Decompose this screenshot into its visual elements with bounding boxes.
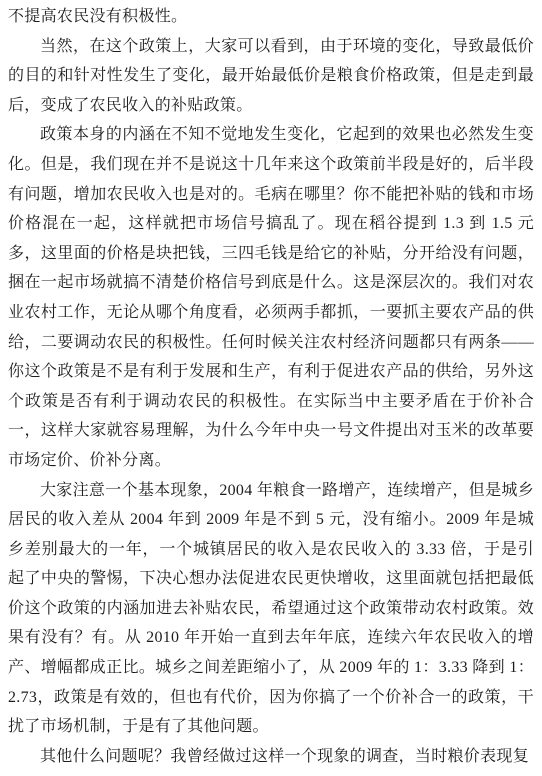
- paragraph-continuation: 不提高农民没有积极性。: [8, 2, 534, 32]
- paragraph-partial-last: 其他什么问题呢？我曾经做过这样一个现象的调查，当时粮价表现复: [8, 742, 534, 772]
- page-text-content: 不提高农民没有积极性。 当然，在这个政策上，大家可以看到，由于环境的变化，导致最…: [8, 2, 534, 771]
- paragraph: 政策本身的内涵在不知不觉地发生变化，它起到的效果也必然发生变化。但是，我们现在并…: [8, 120, 534, 475]
- paragraph: 大家注意一个基本现象，2004 年粮食一路增产，连续增产，但是城乡居民的收入差从…: [8, 476, 534, 742]
- document-page: 不提高农民没有积极性。 当然，在这个政策上，大家可以看到，由于环境的变化，导致最…: [0, 0, 542, 776]
- paragraph: 当然，在这个政策上，大家可以看到，由于环境的变化，导致最低价的目的和针对性发生了…: [8, 32, 534, 121]
